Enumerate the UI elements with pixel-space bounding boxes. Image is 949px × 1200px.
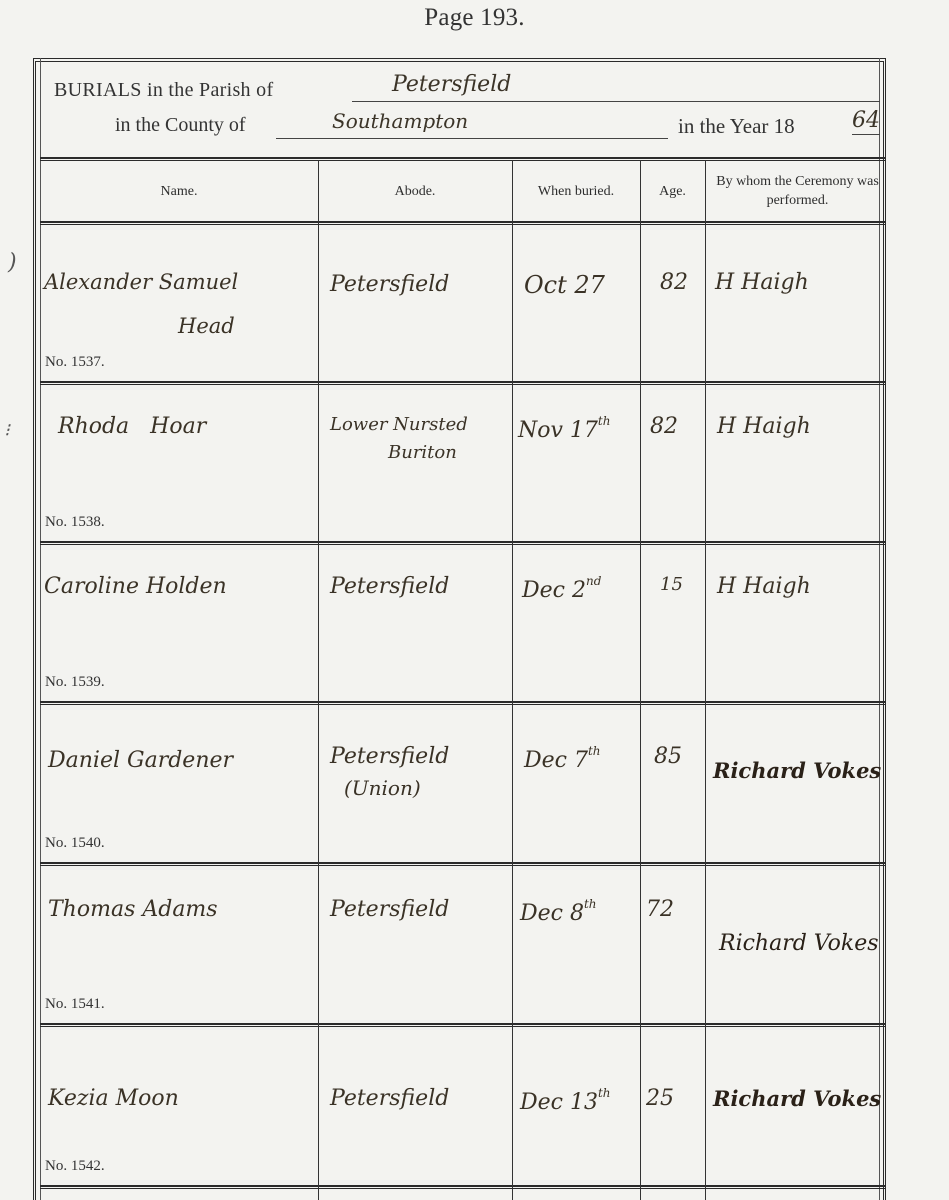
entry-officiant: H Haigh (715, 270, 809, 295)
entry-name: Daniel Gardener (48, 748, 233, 773)
entry-number: No. 1537. (45, 354, 105, 371)
entry-officiant: H Haigh (717, 414, 811, 439)
officiant-cell: H Haigh (705, 546, 886, 701)
date-suffix: th (598, 414, 611, 428)
entry-number: No. 1539. (45, 674, 105, 691)
burial-entry: Rhoda Hoar No. 1538. Lower Nursted Burit… (40, 386, 886, 541)
officiant-cell: Richard Vokes (705, 706, 886, 862)
burial-date: Oct 27 (524, 271, 605, 299)
entry-officiant: H Haigh (717, 574, 811, 599)
date-suffix: th (598, 1086, 611, 1100)
burial-date: Dec 8 (520, 901, 584, 926)
entry-age: 85 (654, 744, 682, 769)
abode-cell: Petersfield (318, 226, 512, 381)
entry-number: No. 1541. (45, 996, 105, 1013)
county-label: in the County of (115, 114, 246, 137)
year-label: in the Year 18 (678, 114, 795, 139)
abode-cell: Petersfield (318, 867, 512, 1023)
name-cell: Alexander Samuel Head No. 1537. (40, 226, 318, 381)
entry-abode: Petersfield (330, 744, 449, 769)
age-cell: 15 (640, 546, 705, 701)
entry-when-buried: Dec 8th (520, 897, 597, 926)
entry-abode-continued: (Union) (344, 776, 421, 800)
entry-name: Kezia Moon (48, 1086, 179, 1111)
age-cell: 25 (640, 1028, 705, 1185)
year-field: 64 (852, 108, 880, 135)
name-cell: Rhoda Hoar No. 1538. (40, 386, 318, 541)
when-buried-cell: Dec 2nd (512, 546, 640, 701)
burial-entry: Caroline Holden No. 1539. Petersfield De… (40, 546, 886, 701)
register-heading: BURIALS in the Parish of Petersfield in … (40, 66, 880, 156)
page-number: Page 193. (0, 4, 949, 32)
burial-entry: Daniel Gardener No. 1540. Petersfield (U… (40, 706, 886, 862)
burial-date: Dec 13 (520, 1090, 598, 1115)
entry-name: Alexander Samuel (44, 270, 238, 294)
entry-officiant: Richard Vokes (713, 758, 881, 783)
when-buried-cell: Dec 8th (512, 867, 640, 1023)
burial-entry: Thomas Adams No. 1541. Petersfield Dec 8… (40, 867, 886, 1023)
row-divider (40, 1023, 886, 1027)
entry-age: 15 (660, 574, 683, 595)
date-suffix: nd (586, 574, 601, 588)
entry-abode: Lower Nursted (330, 414, 468, 435)
officiant-cell: H Haigh (705, 386, 886, 541)
date-suffix: th (588, 744, 601, 758)
entry-name: Thomas Adams (48, 897, 218, 922)
abode-cell: Petersfield (318, 546, 512, 701)
when-buried-cell: Oct 27 (512, 226, 640, 381)
entry-number: No. 1540. (45, 835, 105, 852)
age-cell: 82 (640, 226, 705, 381)
margin-mark: ⁝ (4, 420, 10, 441)
burial-entry: Alexander Samuel Head No. 1537. Petersfi… (40, 226, 886, 381)
entry-number: No. 1538. (45, 514, 105, 531)
entry-age: 72 (646, 897, 674, 922)
name-cell: Thomas Adams No. 1541. (40, 867, 318, 1023)
entry-abode: Petersfield (330, 897, 449, 922)
when-buried-cell: Dec 7th (512, 706, 640, 862)
entry-abode: Petersfield (330, 272, 449, 297)
column-header-abode: Abode. (318, 160, 512, 222)
burial-date: Dec 7 (524, 748, 588, 773)
when-buried-cell: Nov 17th (512, 386, 640, 541)
name-cell: Kezia Moon No. 1542. (40, 1028, 318, 1185)
column-header-age: Age. (640, 160, 705, 222)
entry-number: No. 1542. (45, 1158, 105, 1175)
row-divider (40, 1185, 886, 1189)
parish-label: BURIALS in the Parish of (54, 79, 273, 102)
entry-abode-continued: Buriton (388, 442, 457, 463)
row-divider (40, 701, 886, 705)
entry-age: 82 (660, 270, 688, 295)
age-cell: 85 (640, 706, 705, 862)
entry-name: Rhoda Hoar (58, 414, 206, 439)
name-cell: Daniel Gardener No. 1540. (40, 706, 318, 862)
column-header-officiant: By whom the Ceremony was performed. (710, 160, 885, 222)
abode-cell: Lower Nursted Buriton (318, 386, 512, 541)
row-divider (40, 862, 886, 866)
officiant-cell: H Haigh (705, 226, 886, 381)
entry-when-buried: Nov 17th (518, 414, 610, 443)
entry-officiant: Richard Vokes (713, 1086, 881, 1111)
entry-when-buried: Dec 13th (520, 1086, 611, 1115)
county-field: Southampton (276, 109, 668, 139)
row-divider (40, 541, 886, 545)
column-header-when-buried: When buried. (512, 160, 640, 222)
burial-date: Dec 2 (522, 578, 586, 603)
entry-abode: Petersfield (330, 1086, 449, 1111)
date-suffix: th (584, 897, 597, 911)
officiant-cell: Richard Vokes (705, 867, 886, 1023)
entry-when-buried: Dec 2nd (522, 574, 601, 603)
entry-when-buried: Dec 7th (524, 744, 601, 773)
margin-mark: ) (8, 250, 17, 275)
burial-entry: Kezia Moon No. 1542. Petersfield Dec 13t… (40, 1028, 886, 1185)
abode-cell: Petersfield (Union) (318, 706, 512, 862)
age-cell: 82 (640, 386, 705, 541)
entry-officiant: Richard Vokes (719, 931, 879, 956)
entry-abode: Petersfield (330, 574, 449, 599)
entry-age: 82 (650, 414, 678, 439)
age-cell: 72 (640, 867, 705, 1023)
column-header-name: Name. (40, 160, 318, 222)
when-buried-cell: Dec 13th (512, 1028, 640, 1185)
burial-date: Nov 17 (518, 418, 598, 443)
name-cell: Caroline Holden No. 1539. (40, 546, 318, 701)
entry-age: 25 (646, 1086, 674, 1111)
row-divider (40, 381, 886, 385)
entry-when-buried: Oct 27 (524, 270, 605, 299)
entry-name: Caroline Holden (44, 574, 227, 599)
officiant-cell: Richard Vokes (705, 1028, 886, 1185)
abode-cell: Petersfield (318, 1028, 512, 1185)
parish-field: Petersfield (352, 72, 880, 102)
entry-name-continued: Head (178, 314, 235, 338)
